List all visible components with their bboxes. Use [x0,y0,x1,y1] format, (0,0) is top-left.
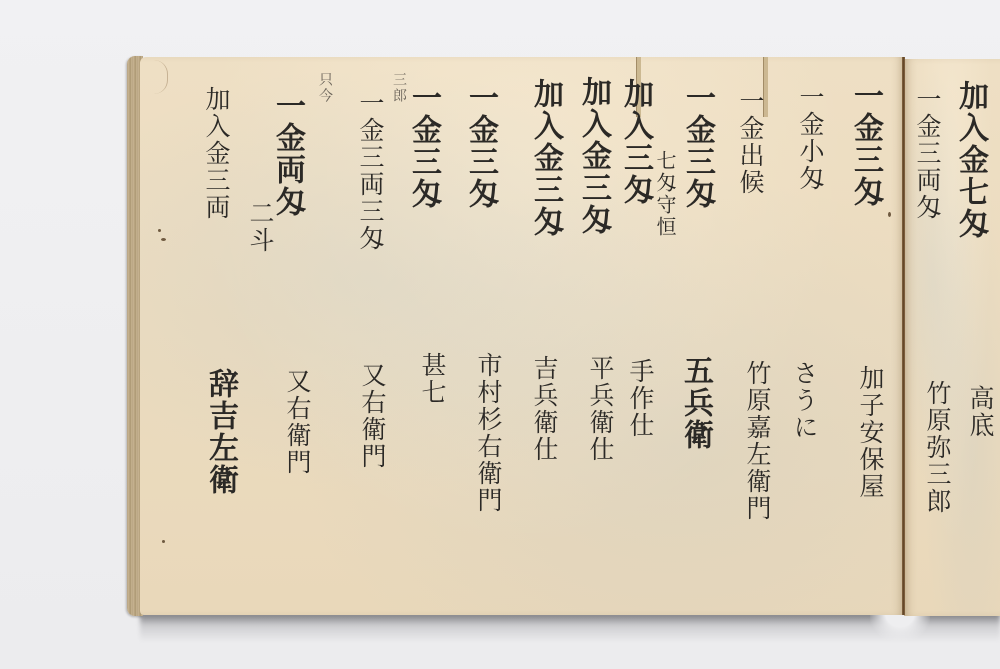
entry-amount: 加入三匁 [620,78,650,206]
entry-amount: 加入金三両 [204,86,229,221]
entry-amount: 加入金三匁 [530,78,560,238]
worm-hole [162,540,165,543]
entry-name: 竹原嘉左衛門 [745,360,770,522]
entry-amount: 一金出候 [738,88,763,196]
left-page [140,57,904,615]
entry-amount: 一金三匁 [408,82,438,210]
photo-stage: 加入金七匁 一金三両匁 高底 竹原弥三郎 一金三匁 一金小匁 一金出候 一金三匁… [0,0,1000,669]
worm-hole [161,238,166,241]
entry-amount: 一金三両三匁 [358,90,383,252]
binding-gutter [902,57,905,615]
side-annotation: 只今 [318,72,332,104]
entry-amount: 一金三匁 [850,80,880,208]
entry-note: 七匁守恒 [655,150,675,238]
entry-name: 又右衛門 [360,362,385,470]
entry-amount: 一金三匁 [682,82,712,210]
entry-name: 吉兵衛仕 [532,355,557,463]
entry-name: 又右衛門 [285,368,310,476]
entry-name: 平兵衛仕 [588,355,613,463]
worm-hole [888,212,891,217]
shadow-gap [870,612,930,642]
worm-hole [158,229,161,232]
entry-name: 加子安保屋 [858,365,883,500]
entry-name: 甚七 [420,352,445,406]
entry-name: さうに [792,360,817,441]
entry-name: 手作仕 [628,358,653,439]
entry-name: 五兵衛 [680,355,710,451]
entry-amount: 加入金七匁 [955,80,985,240]
entry-amount: 一金小匁 [798,84,823,192]
entry-quantity: 二斗 [248,200,273,254]
entry-amount: 加入金三匁 [578,76,608,236]
entry-name: 高底 [968,385,993,439]
entry-amount: 一金三両匁 [915,86,940,221]
corner-fold [143,60,168,94]
entry-name: 市村杉右衛門 [476,352,501,514]
entry-amount: 一金両匁 [272,90,302,218]
entry-name: 竹原弥三郎 [925,380,950,515]
entry-name: 辞吉左衛 [205,368,235,496]
entry-amount: 一金三匁 [465,82,495,210]
side-annotation: 三郎 [392,72,406,104]
